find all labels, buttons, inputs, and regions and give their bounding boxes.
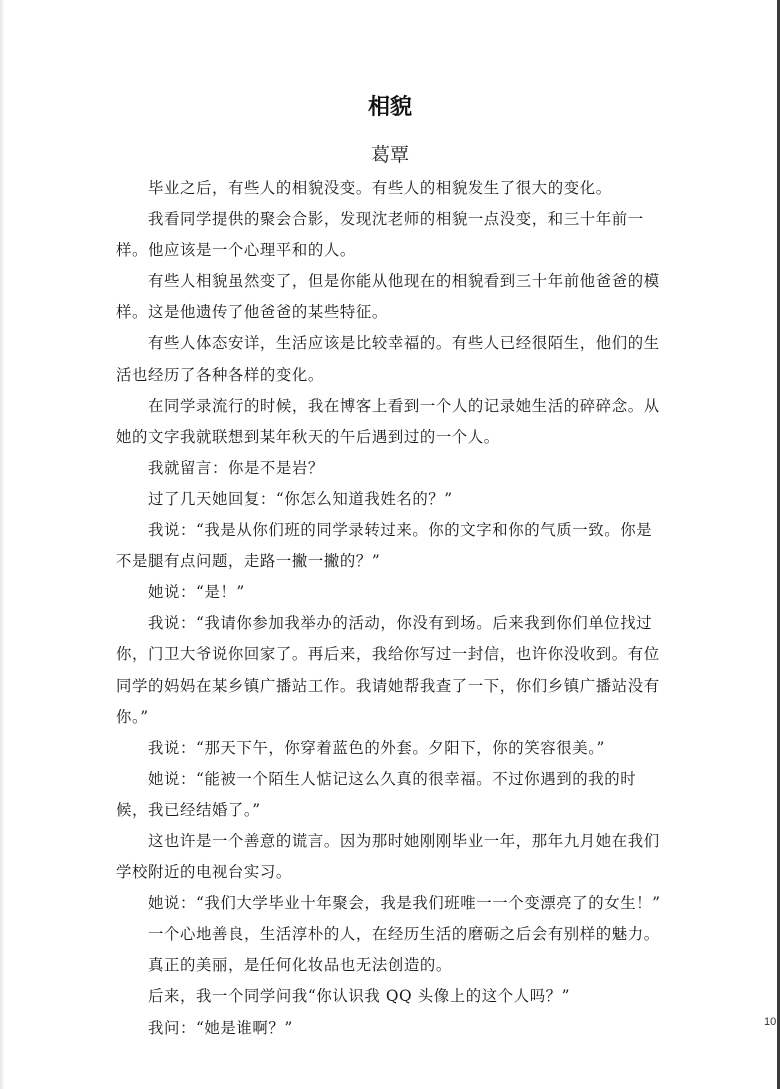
paragraph: 我看同学提供的聚会合影，发现沈老师的相貌一点没变，和三十年前一样。他应该是一个心…	[116, 204, 668, 266]
paragraph: 后来，我一个同学问我“你认识我 QQ 头像上的这个人吗？”	[116, 981, 668, 1012]
paragraph: 毕业之后，有些人的相貌没变。有些人的相貌发生了很大的变化。	[116, 173, 668, 204]
paragraph: 在同学录流行的时候，我在博客上看到一个人的记录她生活的碎碎念。从她的文字我就联想…	[116, 391, 668, 453]
paragraph: 一个心地善良，生活淳朴的人，在经历生活的磨砺之后会有别样的魅力。	[116, 919, 668, 950]
paragraph: 有些人相貌虽然变了，但是你能从他现在的相貌看到三十年前他爸爸的模样。这是他遗传了…	[116, 266, 668, 328]
paragraph: 她说：“是！”	[116, 577, 668, 608]
paragraph: 她说：“能被一个陌生人惦记这么久真的很幸福。不过你遇到的我的时候，我已经结婚了。…	[116, 764, 668, 826]
page-number: 10	[764, 1016, 776, 1028]
page-left-edge-shadow	[0, 0, 5, 1089]
paragraph: 我说：“我请你参加我举办的活动，你没有到场。后来我到你们单位找过你，门卫大爷说你…	[116, 608, 668, 732]
paragraph: 我说：“那天下午，你穿着蓝色的外套。夕阳下，你的笑容很美。”	[116, 733, 668, 764]
paragraph: 过了几天她回复：“你怎么知道我姓名的？”	[116, 484, 668, 515]
author-name: 葛覃	[116, 142, 664, 168]
paragraph: 这也许是一个善意的谎言。因为那时她刚刚毕业一年，那年九月她在我们学校附近的电视台…	[116, 826, 668, 888]
article-body: 毕业之后，有些人的相貌没变。有些人的相貌发生了很大的变化。 我看同学提供的聚会合…	[116, 173, 668, 1044]
page-title: 相貌	[116, 94, 664, 122]
paragraph: 我说：“我是从你们班的同学录转过来。你的文字和你的气质一致。你是不是腿有点问题，…	[116, 515, 668, 577]
paragraph: 我问：“她是谁啊？”	[116, 1013, 668, 1044]
paragraph: 我就留言：你是不是岩？	[116, 453, 668, 484]
paragraph: 有些人体态安详，生活应该是比较幸福的。有些人已经很陌生，他们的生活也经历了各种各…	[116, 328, 668, 390]
paragraph: 她说：“我们大学毕业十年聚会，我是我们班唯一一个变漂亮了的女生！”	[116, 888, 668, 919]
paragraph: 真正的美丽，是任何化妆品也无法创造的。	[116, 950, 668, 981]
